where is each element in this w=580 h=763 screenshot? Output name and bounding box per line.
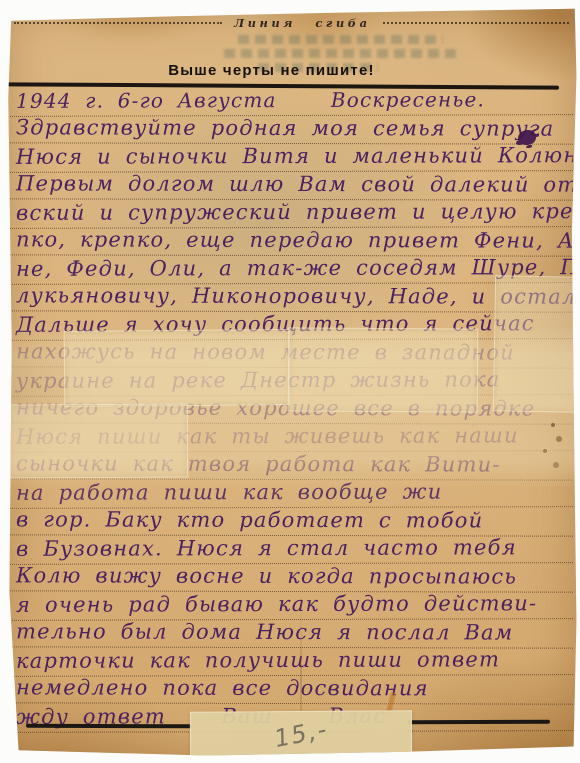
handwritten-line-date: 1944 г. 6-го Августа Воскресенье. <box>10 87 573 117</box>
fold-line-label: Линия сгиба <box>222 16 383 30</box>
stain-specks <box>551 423 555 427</box>
handwritten-line: Колю вижу восне и когда просыпаюсь <box>10 563 573 592</box>
pencil-price-annotation: 15,- <box>274 714 328 753</box>
tape-repair-patch <box>493 275 580 412</box>
handwritten-line: на работа пиши как вообще жи <box>10 479 573 509</box>
handwritten-line: Первым долгом шлю Вам свой далекий отцо- <box>10 171 573 200</box>
bleedthrough-print <box>224 49 462 58</box>
handwritten-line: Нюся и сыночки Витя и маленький Колюнчик… <box>10 143 573 173</box>
handwritten-line: пко, крепко, еще передаю привет Фени, Ал… <box>10 227 573 256</box>
fold-dotted-line-left <box>14 22 222 24</box>
handwritten-line: тельно был дома Нюся я послал Вам <box>10 619 573 648</box>
handwritten-line: Здравствуйте родная моя семья супруга <box>10 115 573 144</box>
handwritten-line: карточки как получишь пиши ответ <box>10 647 573 677</box>
tape-repair-patch <box>288 327 479 412</box>
ink-blot <box>518 130 536 145</box>
handwritten-line: немедлено пока все досвидания <box>10 675 573 704</box>
bottom-rule-right-segment <box>408 720 550 724</box>
handwritten-line: в гор. Баку кто работает с тобой <box>10 507 573 536</box>
price-tape-strip: 15,- <box>190 710 412 757</box>
tape-repair-patch <box>8 404 188 479</box>
handwritten-line: вский и супружеский привет и целую кре- <box>10 199 573 229</box>
scanned-letter: Линия сгиба Выше черты не пишите! 1944 г… <box>0 0 580 763</box>
handwritten-line: в Бузовнах. Нюся я стал часто тебя <box>10 535 573 565</box>
bleedthrough-print <box>238 35 443 44</box>
tape-repair-patch <box>64 329 291 407</box>
do-not-write-above-warning: Выше черты не пишите! <box>6 62 537 79</box>
handwritten-line: лукьяновичу, Никоноровичу, Наде, и остал… <box>10 283 573 312</box>
letter-paper: Линия сгиба Выше черты не пишите! 1944 г… <box>6 8 577 757</box>
handwritten-line: не, Феди, Оли, а так-же соседям Шуре, По… <box>10 255 573 285</box>
bottom-rule-left-segment <box>26 724 192 729</box>
fold-line-row: Линия сгиба <box>14 16 569 30</box>
handwritten-line: я очень рад бываю как будто действи- <box>10 591 573 621</box>
fold-dotted-line-right <box>383 22 569 24</box>
